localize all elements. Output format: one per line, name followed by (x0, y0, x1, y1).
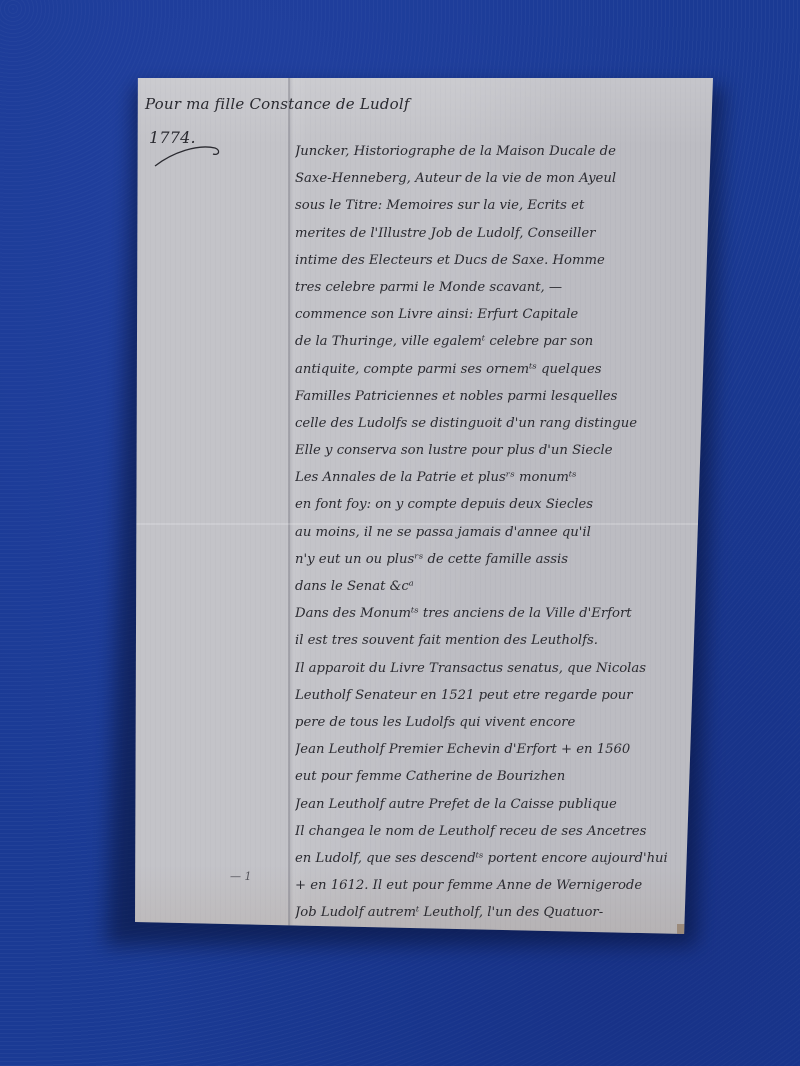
text-line: + en 1612. Il eut pour femme Anne de Wer… (295, 872, 705, 899)
text-line: il est tres souvent fait mention des Leu… (295, 627, 705, 654)
text-line: Dans des Monumᵗˢ tres anciens de la Vill… (295, 600, 705, 627)
text-line: n'y eut un ou plusʳˢ de cette famille as… (295, 546, 705, 573)
text-line: de la Thuringe, ville egalemᵗ celebre pa… (295, 328, 705, 355)
text-line: Saxe-Henneberg, Auteur de la vie de mon … (295, 165, 705, 192)
dedication-heading: Pour ma fille Constance de Ludolf (145, 95, 410, 113)
text-line: Jean Leutholf Premier Echevin d'Erfort +… (295, 736, 705, 763)
text-line: merites de l'Illustre Job de Ludolf, Con… (295, 220, 705, 247)
text-line: pere de tous les Ludolfs qui vivent enco… (295, 709, 705, 736)
text-line: Elle y conserva son lustre pour plus d'u… (295, 437, 705, 464)
text-line: Leutholf Senateur en 1521 peut etre rega… (295, 682, 705, 709)
text-line: en font foy: on y compte depuis deux Sie… (295, 491, 705, 518)
flourish-icon (153, 142, 223, 168)
text-line: au moins, il ne se passa jamais d'annee … (295, 519, 705, 546)
text-line: commence son Livre ainsi: Erfurt Capital… (295, 301, 705, 328)
manuscript-body: Juncker, Historiographe de la Maison Duc… (295, 138, 705, 1062)
text-line: tres celebre parmi le Monde scavant, — (295, 274, 705, 301)
margin-note: — 1 (230, 870, 252, 883)
text-line: dans le Senat &cᵃ (295, 573, 705, 600)
text-line: intime des Electeurs et Ducs de Saxe. Ho… (295, 247, 705, 274)
text-line: en Ludolf, que ses descendᵗˢ portent enc… (295, 845, 705, 872)
text-line: celle des Ludolfs se distinguoit d'un ra… (295, 410, 705, 437)
text-line: Job Ludolf autremᵗ Leutholf, l'un des Qu… (295, 899, 705, 926)
vertical-fold-line (288, 78, 290, 934)
text-line: Familles Patriciennes et nobles parmi le… (295, 383, 705, 410)
text-line: Il changea le nom de Leutholf receu de s… (295, 818, 705, 845)
text-line: eut pour femme Catherine de Bourizhen (295, 763, 705, 790)
manuscript-page: Pour ma fille Constance de Ludolf 1774. … (135, 78, 713, 934)
text-line: Juncker, Historiographe de la Maison Duc… (295, 138, 705, 165)
text-line: Les Annales de la Patrie et plusʳˢ monum… (295, 464, 705, 491)
text-line: sous le Titre: Memoires sur la vie, Ecri… (295, 192, 705, 219)
text-line: antiquite, compte parmi ses ornemᵗˢ quel… (295, 356, 705, 383)
text-line: Jean Leutholf autre Prefet de la Caisse … (295, 791, 705, 818)
text-line: Il apparoit du Livre Transactus senatus,… (295, 655, 705, 682)
